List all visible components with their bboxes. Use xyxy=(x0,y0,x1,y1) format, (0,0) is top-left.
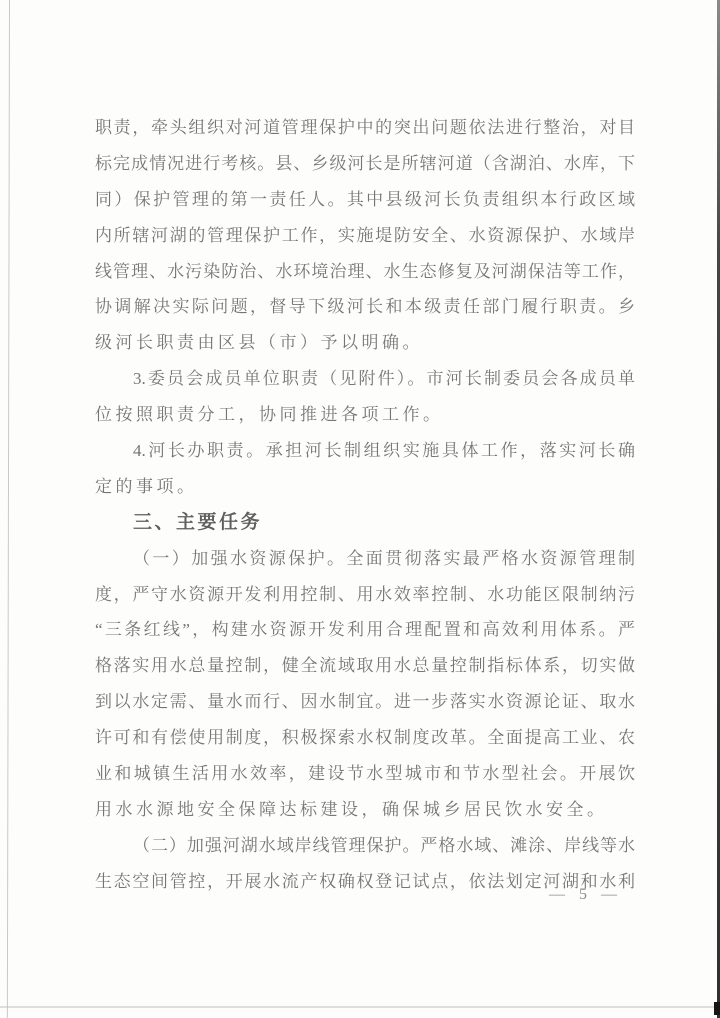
text-line: 业和城镇生活用水效率，建设节水型城市和节水型社会。开展饮 xyxy=(95,756,635,792)
document-body: 职责，牵头组织对河道管理保护中的突出问题依法进行整治，对目标完成情况进行考核。县… xyxy=(95,110,635,900)
text-line: 格落实用水总量控制，健全流域取用水总量控制指标体系，切实做 xyxy=(95,648,635,684)
text-line: 度，严守水资源开发利用控制、用水效率控制、水功能区限制纳污 xyxy=(95,577,635,613)
scan-edge-left-line xyxy=(7,0,10,1018)
scan-edge-bottom-line xyxy=(0,1006,720,1008)
section-heading: 三、主要任务 xyxy=(95,505,635,541)
text-line: 用水水源地安全保障达标建设，确保城乡居民饮水安全。 xyxy=(95,792,635,828)
text-line: 级河长职责由区县（市）予以明确。 xyxy=(95,325,635,361)
text-line: 许可和有偿使用制度，积极探索水权制度改革。全面提高工业、农 xyxy=(95,720,635,756)
text-line: 职责，牵头组织对河道管理保护中的突出问题依法进行整治，对目 xyxy=(95,110,635,146)
scan-corner-mark xyxy=(714,1002,720,1015)
text-line: 到以水定需、量水而行、因水制宜。进一步落实水资源论证、取水 xyxy=(95,684,635,720)
scanned-document-page: 职责，牵头组织对河道管理保护中的突出问题依法进行整治，对目标完成情况进行考核。县… xyxy=(0,0,720,1018)
page-number: — 5 — xyxy=(549,886,622,904)
text-line: 定的事项。 xyxy=(95,469,635,505)
text-line: 位按照职责分工，协同推进各项工作。 xyxy=(95,397,635,433)
text-line: 线管理、水污染防治、水环境治理、水生态修复及河湖保洁等工作， xyxy=(95,254,635,290)
text-line: （二）加强河湖水域岸线管理保护。严格水域、滩涂、岸线等水 xyxy=(95,828,635,864)
text-line: 标完成情况进行考核。县、乡级河长是所辖河道（含湖泊、水库，下 xyxy=(95,146,635,182)
text-line: （一）加强水资源保护。全面贯彻落实最严格水资源管理制 xyxy=(95,541,635,577)
text-line: “三条红线”，构建水资源开发利用合理配置和高效利用体系。严 xyxy=(95,612,635,648)
text-line: 4.河长办职责。承担河长制组织实施具体工作，落实河长确 xyxy=(95,433,635,469)
text-line: 内所辖河湖的管理保护工作，实施堤防安全、水资源保护、水域岸 xyxy=(95,218,635,254)
text-line: 协调解决实际问题，督导下级河长和本级责任部门履行职责。乡 xyxy=(95,289,635,325)
text-line: 同）保护管理的第一责任人。其中县级河长负责组织本行政区域 xyxy=(95,182,635,218)
text-line: 3.委员会成员单位职责（见附件）。市河长制委员会各成员单 xyxy=(95,361,635,397)
